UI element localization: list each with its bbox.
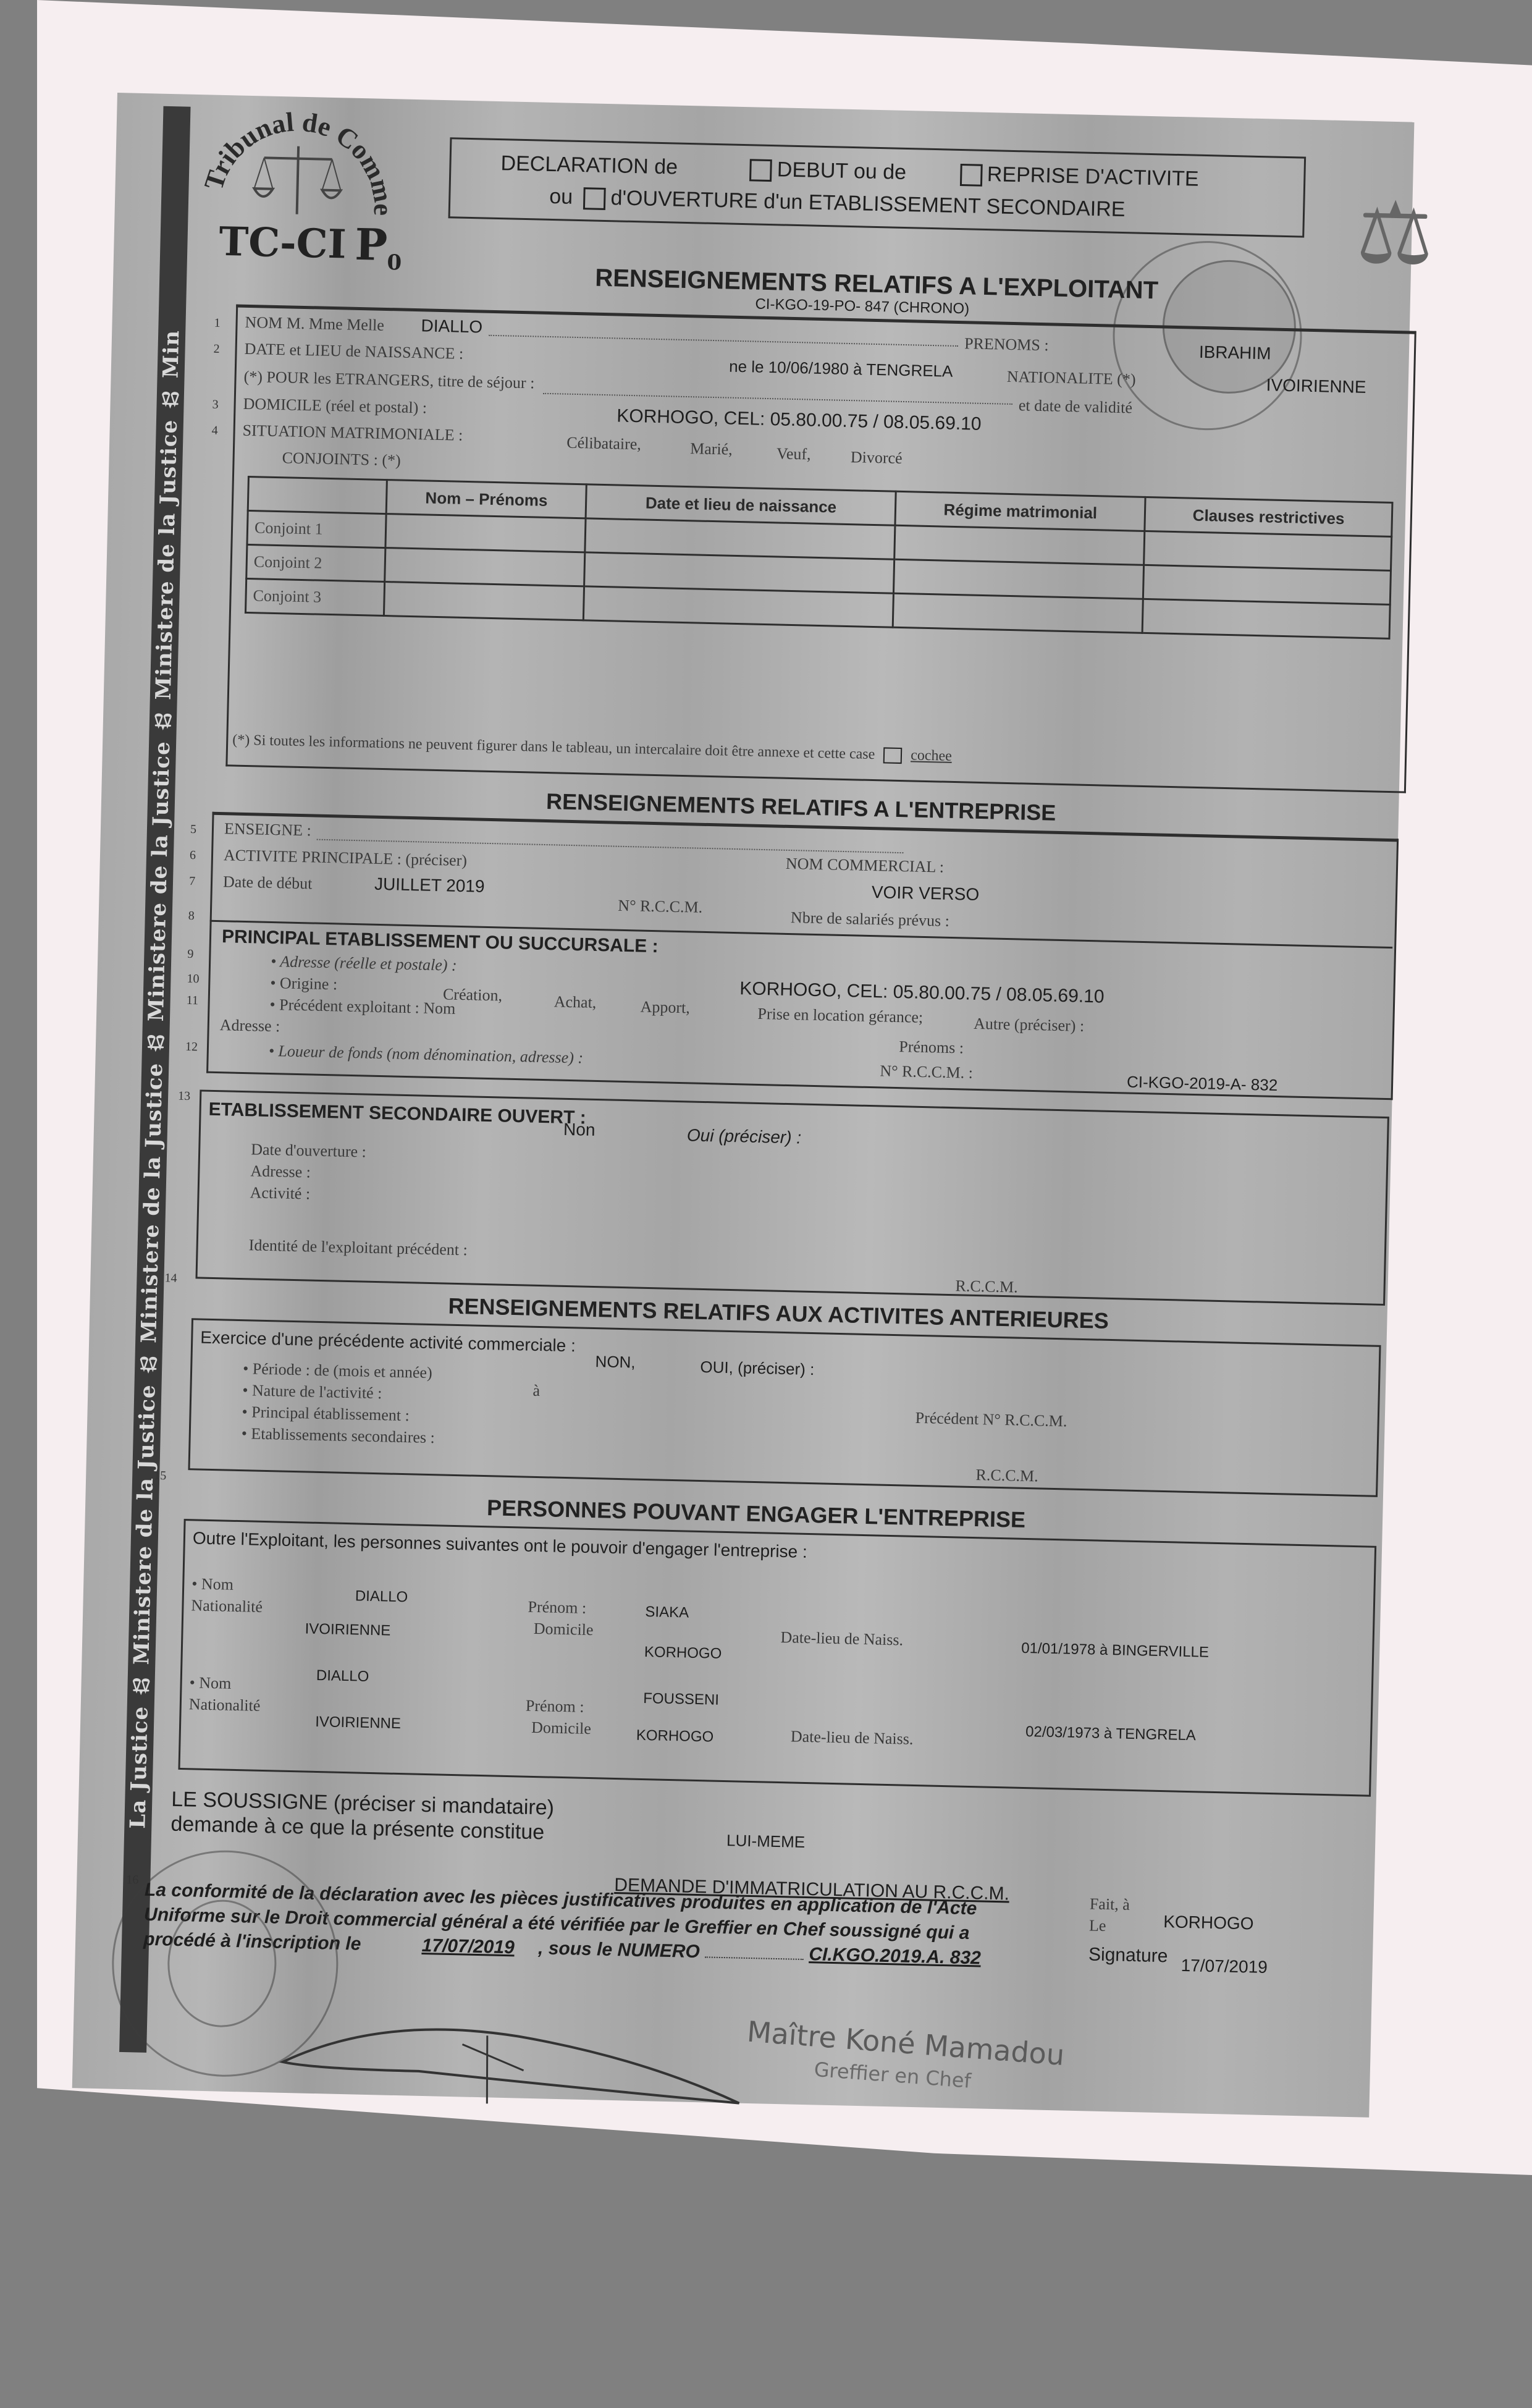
prenom-label: Prénom :	[526, 1697, 584, 1717]
debut-checkbox[interactable]	[749, 159, 772, 182]
justice-figure-icon: ⚖	[1355, 183, 1435, 285]
person-prenom[interactable]: SIAKA	[645, 1603, 689, 1622]
fait-label: Fait, à	[1090, 1895, 1130, 1914]
line-number: 1	[214, 316, 221, 331]
situation-option[interactable]: Divorcé	[851, 448, 903, 468]
entreprise-title: RENSEIGNEMENTS RELATIFS A L'ENTREPRISE	[546, 788, 1056, 826]
nom-label: • Nom	[189, 1673, 231, 1693]
sec-adresse-label: Adresse :	[250, 1162, 311, 1181]
validite-label: et date de validité	[1019, 396, 1133, 417]
salaries-label: Nbre de salariés prévus :	[791, 908, 950, 931]
person-nationalite[interactable]: IVOIRIENNE	[315, 1713, 401, 1733]
situation-option[interactable]: Veuf,	[777, 444, 811, 463]
table-cell[interactable]	[894, 525, 1145, 565]
origine-option[interactable]: Autre (préciser) :	[974, 1015, 1085, 1036]
line-number: 13	[178, 1089, 191, 1104]
periode-a-label: à	[532, 1382, 540, 1400]
line-number: 2	[213, 342, 220, 357]
rccm-label: N° R.C.C.M.	[618, 897, 702, 917]
line-number: 10	[187, 972, 200, 986]
prenom-label: Prénom :	[528, 1598, 586, 1618]
line-number: 6	[190, 848, 196, 863]
line-number: 5	[190, 822, 197, 837]
table-cell[interactable]	[894, 559, 1144, 599]
naiss-label: Date-lieu de Naiss.	[780, 1628, 903, 1649]
table-cell[interactable]	[385, 514, 586, 552]
column-header: Régime matrimonial	[895, 491, 1145, 531]
column-header: Nom – Prénoms	[386, 480, 587, 518]
naiss-label: Date-lieu de Naiss.	[791, 1727, 914, 1748]
table-cell[interactable]	[893, 593, 1143, 633]
person-prenom[interactable]: FOUSSENI	[643, 1690, 719, 1709]
nom-commercial-label: NOM COMMERCIAL :	[786, 855, 945, 877]
adresse2-label: Adresse :	[219, 1016, 280, 1036]
row-label: Conjoint 3	[245, 578, 384, 615]
nationalite-label: Nationalité	[191, 1596, 263, 1616]
table-cell[interactable]	[385, 548, 586, 586]
situation-option[interactable]: Marié,	[690, 439, 733, 459]
tribunal-logo: Tribunal de Commerce TC-CI P0	[193, 101, 401, 278]
domicile-label: Domicile	[533, 1620, 593, 1639]
sec-rccm-label: R.C.C.M.	[955, 1277, 1018, 1296]
inscription-date[interactable]: 17/07/2019	[366, 1934, 533, 1959]
conjoints-table: Nom – Prénoms Date et lieu de naissance …	[245, 476, 1394, 640]
table-cell[interactable]	[584, 586, 894, 627]
situation-option[interactable]: Célibataire,	[566, 434, 641, 454]
conjoints-label: CONJOINTS : (*)	[282, 449, 401, 470]
prenoms2-label: Prénoms :	[899, 1037, 964, 1057]
sec-activite-label: Activité :	[250, 1183, 310, 1203]
nationalite-label: NATIONALITE (*)	[1007, 368, 1136, 389]
domicile-label: Domicile	[531, 1718, 591, 1738]
prenoms-value[interactable]: IBRAHIM	[1199, 342, 1271, 364]
secondaire-oui[interactable]: Oui (préciser) :	[687, 1125, 802, 1147]
ouverture-label: Date d'ouverture :	[251, 1140, 366, 1161]
origine-option[interactable]: Apport,	[640, 998, 690, 1018]
person-nom[interactable]: DIALLO	[355, 1587, 408, 1606]
person-domicile[interactable]: KORHOGO	[644, 1644, 722, 1663]
anterieures-non[interactable]: NON,	[595, 1352, 636, 1372]
origine-option[interactable]: Prise en location gérance;	[757, 1005, 923, 1027]
activite-value[interactable]: VOIR VERSO	[872, 882, 980, 905]
table-cell[interactable]	[1144, 531, 1392, 570]
reprise-checkbox[interactable]	[959, 164, 982, 187]
ouverture-checkbox[interactable]	[583, 187, 606, 210]
date-debut-label: Date de début	[223, 872, 313, 893]
form-code: P0	[354, 219, 402, 276]
scales-of-justice-icon: Tribunal de Commerce	[195, 101, 401, 229]
prenoms-label: PRENOMS :	[964, 334, 1049, 355]
tc-ci-acronym: TC-CI	[219, 219, 347, 268]
nom-value[interactable]: DIALLO	[421, 316, 482, 337]
column-header	[248, 476, 387, 513]
intercalaire-checkbox[interactable]	[883, 748, 903, 764]
declaration-line-2: ou d'OUVERTURE d'un ETABLISSEMENT SECOND…	[549, 185, 1126, 222]
loueur-rccm-value[interactable]: CI-KGO-2019-A- 832	[1127, 1072, 1278, 1095]
secondaire-non[interactable]: Non	[563, 1120, 596, 1140]
loueur-rccm-label: N° R.C.C.M. :	[880, 1062, 973, 1082]
photocopied-form: La Justice ⚖ Ministere de la Justice ⚖ M…	[72, 93, 1415, 2118]
origine-label: • Origine :	[270, 974, 337, 994]
anterieures-rccm-label: R.C.C.M.	[975, 1466, 1038, 1485]
enseigne-label: ENSEIGNE :	[224, 819, 311, 840]
nature-label: • Nature de l'activité :	[242, 1381, 382, 1403]
date-debut-value[interactable]: JUILLET 2019	[374, 874, 485, 897]
line-number: 4	[211, 424, 218, 438]
le-label: Le	[1089, 1916, 1106, 1935]
anterieures-oui[interactable]: OUI, (préciser) :	[700, 1358, 815, 1379]
origine-option[interactable]: Achat,	[553, 992, 596, 1012]
precedent-rccm-label: Précédent N° R.C.C.M.	[915, 1409, 1067, 1431]
signature-label: Signature	[1088, 1944, 1168, 1967]
row-label: Conjoint 2	[246, 544, 385, 581]
nom-label: NOM M. Mme Melle	[245, 313, 384, 335]
declaration-box: DECLARATION de DEBUT ou de REPRISE D'ACT…	[448, 137, 1307, 237]
line-number: 7	[189, 874, 196, 889]
person-domicile[interactable]: KORHOGO	[636, 1727, 714, 1746]
line-number: 11	[186, 994, 198, 1008]
nationalite-value[interactable]: IVOIRIENNE	[1266, 375, 1366, 397]
line-number: 15	[154, 1469, 167, 1483]
line-number: 8	[188, 909, 195, 923]
handwritten-signature	[257, 2006, 753, 2116]
greffier-stamp-name: Maître Koné Mamadou	[746, 2015, 1066, 2072]
inscription-numero[interactable]: CI.KGO.2019.A. 832	[809, 1944, 981, 1968]
person-nationalite[interactable]: IVOIRIENNE	[305, 1621, 390, 1640]
table-cell[interactable]	[1143, 565, 1391, 604]
line-number: 14	[164, 1271, 177, 1285]
line-number: 12	[185, 1040, 198, 1054]
line-number: 16	[126, 1873, 139, 1887]
line-number: 3	[212, 398, 219, 412]
table-cell[interactable]	[384, 582, 584, 620]
row-label: Conjoint 1	[247, 510, 386, 547]
person-nom[interactable]: DIALLO	[316, 1667, 369, 1686]
nationalite-label: Nationalité	[189, 1695, 261, 1715]
signature-date[interactable]: 17/07/2019	[1181, 1956, 1268, 1977]
soussigne-value[interactable]: LUI-MEME	[726, 1831, 806, 1852]
principal-etab-label: • Principal établissement :	[242, 1403, 410, 1425]
fait-lieu[interactable]: KORHOGO	[1163, 1912, 1254, 1933]
table-cell[interactable]	[1142, 599, 1390, 638]
nom-label: • Nom	[192, 1574, 234, 1594]
line-number: 9	[187, 947, 194, 961]
column-header: Clauses restrictives	[1145, 497, 1392, 536]
